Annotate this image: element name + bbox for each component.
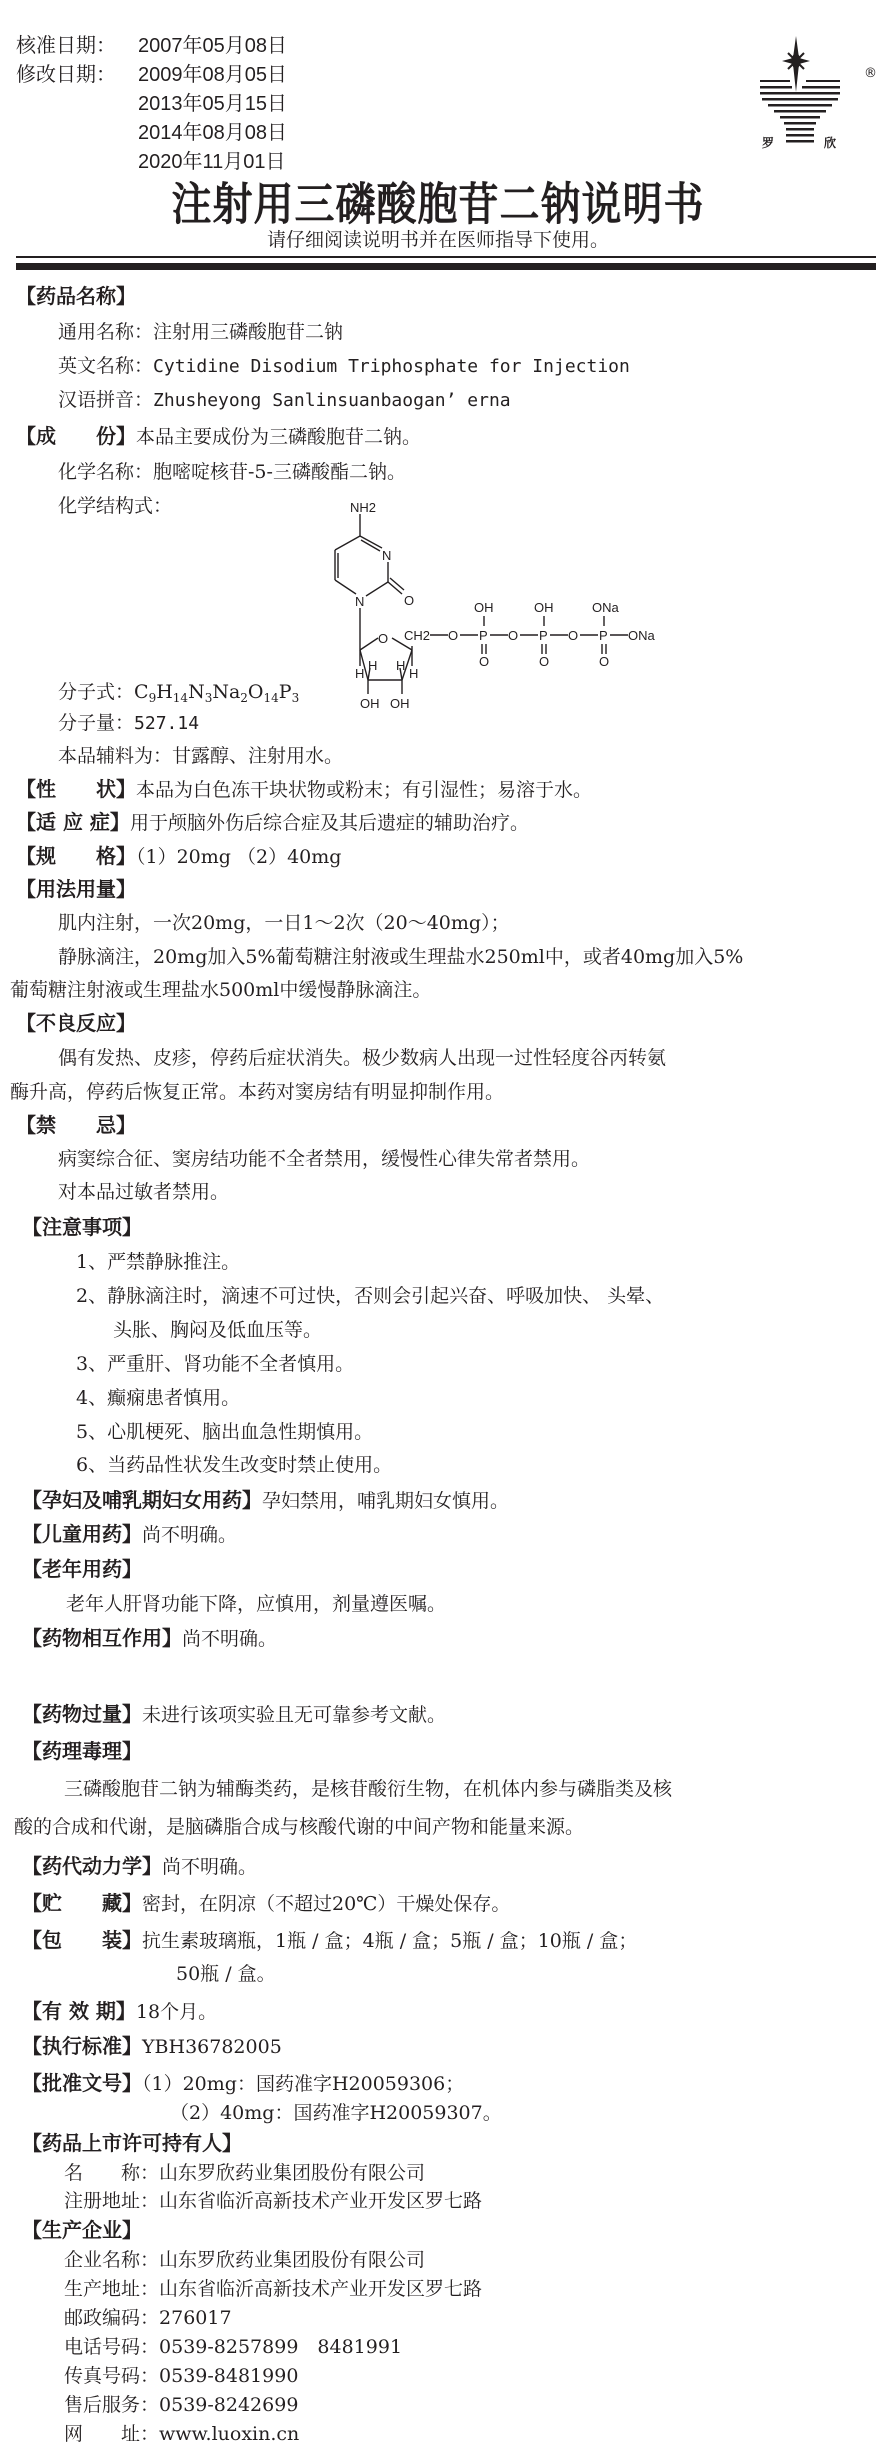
precaution-item-4: 4、癫痫患者慎用。	[76, 1386, 240, 1410]
manufacturer-row: 传真号码：0539-8481990	[64, 2364, 298, 2388]
contraindication-line-1: 病窦综合征、窦房结功能不全者禁用，缓慢性心律失常者禁用。	[58, 1147, 590, 1171]
precaution-item-5: 5、心肌梗死、脑出血急性期慎用。	[76, 1420, 373, 1444]
indications-row: 【适 应 症】用于颅脑外伤后综合症及其后遗症的辅助治疗。	[16, 810, 529, 835]
standard-row: 【执行标准】YBH36782005	[22, 2034, 282, 2059]
registered-mark: ®	[864, 66, 876, 81]
atom-oh-p2: OH	[534, 600, 554, 615]
postal-code-label: 邮政编码：	[64, 2307, 159, 2329]
chemical-name: 胞嘧啶核苷-5-三磷酸酯二钠。	[153, 461, 406, 483]
approval-number-line-2: （2）40mg：国药准字H20059307。	[170, 2101, 502, 2125]
atom-o-p2: O	[539, 654, 549, 669]
structure-label: 化学结构式：	[58, 494, 172, 518]
section-heading-interactions: 【药物相互作用】	[22, 1626, 182, 1650]
molecular-weight: 527.14	[134, 713, 199, 734]
precaution-item-2-cont: 头胀、胸闷及低血压等。	[113, 1318, 322, 1342]
section-heading-pediatric: 【儿童用药】	[22, 1522, 142, 1546]
atom-p-3: P	[599, 628, 608, 643]
revision-date-label: 修改日期：	[16, 63, 116, 87]
indications-text: 用于颅脑外伤后综合症及其后遗症的辅助治疗。	[130, 812, 529, 834]
mah-name-label: 名 称：	[64, 2162, 159, 2184]
overdose-text: 未进行该项实验且无可靠参考文献。	[142, 1704, 446, 1726]
brand-char-right: 欣	[824, 134, 836, 151]
english-name: Cytidine Disodium Triphosphate for Injec…	[153, 356, 630, 377]
manufacturer-row: 售后服务：0539-8242699	[64, 2393, 298, 2417]
chemical-name-label: 化学名称：	[58, 461, 153, 483]
strength-text: （1）20mg （2）40mg	[136, 846, 341, 868]
header-rule-thick	[16, 263, 876, 270]
atom-ona-2: ONa	[628, 628, 656, 643]
dosage-line-2: 静脉滴注，20mg加入5%葡萄糖注射液或生理盐水250ml中，或者40mg加入5…	[58, 945, 743, 969]
manufacturer-row: 邮政编码：276017	[64, 2306, 232, 2330]
atom-o-link-2: O	[508, 628, 518, 643]
section-heading-dosage: 【用法用量】	[16, 877, 136, 901]
composition-row: 【成 份】本品主要成份为三磷酸胞苷二钠。	[16, 424, 421, 449]
section-heading-shelf-life: 【有 效 期】	[22, 1999, 136, 2023]
section-heading-contraindications: 【禁 忌】	[16, 1113, 136, 1137]
strength-row: 【规 格】（1）20mg （2）40mg	[16, 844, 341, 869]
atom-h-3: H	[396, 658, 405, 673]
approval-date-label: 核准日期：	[16, 34, 116, 58]
section-heading-description: 【性 状】	[16, 777, 136, 801]
storage-row: 【贮 藏】密封，在阴凉（不超过20℃）干燥处保存。	[22, 1891, 510, 1916]
pediatric-text: 尚不明确。	[142, 1524, 237, 1546]
atom-o2: O	[404, 593, 414, 608]
excipients-text: 本品辅料为：甘露醇、注射用水。	[58, 744, 343, 768]
interactions-text: 尚不明确。	[182, 1628, 277, 1650]
postal-code: 276017	[159, 2307, 232, 2329]
approval-number-row: 【批准文号】（1）20mg：国药准字H20059306；	[22, 2071, 464, 2096]
manufacturer-row: 电话号码：0539-8257899 8481991	[64, 2335, 402, 2359]
star-v-logo-icon	[760, 36, 876, 156]
shelf-life-text: 18个月。	[136, 2001, 217, 2023]
english-name-row: 英文名称：Cytidine Disodium Triphosphate for …	[58, 354, 630, 379]
atom-p-2: P	[539, 628, 548, 643]
generic-name-row: 通用名称：注射用三磷酸胞苷二钠	[58, 320, 343, 344]
molecular-weight-row: 分子量：527.14	[58, 711, 199, 736]
section-heading-composition: 【成 份】	[16, 424, 136, 448]
chemical-name-row: 化学名称：胞嘧啶核苷-5-三磷酸酯二钠。	[58, 460, 406, 484]
generic-name-label: 通用名称：	[58, 321, 153, 343]
pharmacokinetics-text: 尚不明确。	[162, 1856, 257, 1878]
section-heading-standard: 【执行标准】	[22, 2034, 142, 2058]
precaution-item-2: 2、静脉滴注时，滴速不可过快，否则会引起兴奋、呼吸加快、 头晕、	[76, 1284, 664, 1308]
section-heading-overdose: 【药物过量】	[22, 1702, 142, 1726]
approval-number-line-1: （1）20mg：国药准字H20059306；	[142, 2073, 464, 2095]
atom-ring-o: O	[378, 631, 388, 646]
manufacturer-row: 企业名称：山东罗欣药业集团股份有限公司	[64, 2248, 425, 2272]
atom-h-1: H	[355, 666, 364, 681]
pinyin-name: Zhusheyong Sanlinsuanbaogan’ erna	[153, 390, 511, 411]
atom-o-p1: O	[479, 654, 489, 669]
atom-o-link-3: O	[568, 628, 578, 643]
packaging-line-2: 50瓶 / 盒。	[176, 1962, 276, 1986]
section-heading-indications: 【适 应 症】	[16, 810, 130, 834]
manufacturer-name: 山东罗欣药业集团股份有限公司	[159, 2249, 425, 2271]
approval-date: 2007年05月08日	[138, 34, 287, 58]
chemical-structure-diagram: NH2 N O N O CH2 O P O P O P ONa OH OH ON…	[320, 498, 680, 720]
section-heading-pharmacology: 【药理毒理】	[22, 1739, 142, 1763]
atom-n1: N	[355, 594, 364, 609]
website-link[interactable]: www.luoxin.cn	[159, 2423, 299, 2445]
pharmacology-line-2: 酸的合成和代谢，是脑磷脂合成与核酸代谢的中间产物和能量来源。	[14, 1815, 584, 1839]
atom-ch2: CH2	[404, 628, 430, 643]
atom-oh-3: OH	[390, 696, 410, 711]
molecular-formula-label: 分子式：	[58, 681, 134, 703]
atom-o-link-1: O	[448, 628, 458, 643]
dosage-line-3: 葡萄糖注射液或生理盐水500ml中缓慢静脉滴注。	[10, 978, 431, 1002]
generic-name: 注射用三磷酸胞苷二钠	[153, 321, 343, 343]
section-heading-strength: 【规 格】	[16, 844, 136, 868]
pharmacokinetics-row: 【药代动力学】尚不明确。	[22, 1854, 257, 1879]
mah-address-label: 注册地址：	[64, 2190, 159, 2212]
description-row: 【性 状】本品为白色冻干块状物或粉末；有引湿性；易溶于水。	[16, 777, 592, 802]
revision-date-4: 2020年11月01日	[138, 150, 286, 174]
pediatric-row: 【儿童用药】尚不明确。	[22, 1522, 237, 1547]
contraindication-line-2: 对本品过敏者禁用。	[58, 1180, 229, 1204]
section-heading-storage: 【贮 藏】	[22, 1891, 142, 1915]
section-heading-name: 【药品名称】	[16, 284, 136, 308]
section-heading-manufacturer: 【生产企业】	[22, 2218, 142, 2242]
phone-label: 电话号码：	[64, 2336, 159, 2358]
precaution-item-6: 6、当药品性状发生改变时禁止使用。	[76, 1453, 392, 1477]
packaging-row: 【包 装】抗生素玻璃瓶，1瓶 / 盒；4瓶 / 盒；5瓶 / 盒；10瓶 / 盒…	[22, 1928, 637, 1953]
production-address: 山东省临沂高新技术产业开发区罗七路	[159, 2278, 482, 2300]
english-name-label: 英文名称：	[58, 355, 153, 377]
interactions-row: 【药物相互作用】尚不明确。	[22, 1626, 277, 1651]
atom-h-4: H	[409, 666, 418, 681]
molecular-weight-label: 分子量：	[58, 712, 134, 734]
overdose-row: 【药物过量】未进行该项实验且无可靠参考文献。	[22, 1702, 446, 1727]
storage-text: 密封，在阴凉（不超过20℃）干燥处保存。	[142, 1893, 510, 1915]
pinyin-row: 汉语拼音：Zhusheyong Sanlinsuanbaogan’ erna	[58, 388, 511, 413]
geriatric-text: 老年人肝肾功能下降，应慎用，剂量遵医嘱。	[66, 1592, 446, 1616]
fax-label: 传真号码：	[64, 2365, 159, 2387]
section-heading-pharmacokinetics: 【药代动力学】	[22, 1854, 162, 1878]
adverse-line-2: 酶升高，停药后恢复正常。本药对窦房结有明显抑制作用。	[10, 1080, 504, 1104]
mah-address: 山东省临沂高新技术产业开发区罗七路	[159, 2190, 482, 2212]
atom-ona-1: ONa	[592, 600, 620, 615]
atom-p-1: P	[479, 628, 488, 643]
section-heading-adverse: 【不良反应】	[16, 1011, 136, 1035]
header-rule-thin	[16, 256, 876, 258]
manufacturer-row: 网 址：www.luoxin.cn	[64, 2422, 299, 2446]
dosage-line-1: 肌内注射，一次20mg，一日1～2次（20～40mg）；	[58, 911, 510, 935]
mah-name-row: 名 称：山东罗欣药业集团股份有限公司	[64, 2161, 425, 2185]
section-heading-geriatric: 【老年用药】	[22, 1557, 142, 1581]
atom-oh-p1: OH	[474, 600, 494, 615]
molecular-formula: C9H14N3Na2O14P3	[134, 681, 299, 703]
pregnancy-text: 孕妇禁用，哺乳期妇女慎用。	[262, 1490, 509, 1512]
description-text: 本品为白色冻干块状物或粉末；有引湿性；易溶于水。	[136, 779, 592, 801]
atom-h-2: H	[368, 658, 377, 673]
manufacturer-row: 生产地址：山东省临沂高新技术产业开发区罗七路	[64, 2277, 482, 2301]
section-heading-mah: 【药品上市许可持有人】	[22, 2131, 242, 2155]
packaging-line-1: 抗生素玻璃瓶，1瓶 / 盒；4瓶 / 盒；5瓶 / 盒；10瓶 / 盒；	[142, 1930, 637, 1952]
adverse-line-1: 偶有发热、皮疹，停药后症状消失。极少数病人出现一过性轻度谷丙转氨	[58, 1046, 666, 1070]
service-number: 0539-8242699	[159, 2394, 298, 2416]
revision-date-1: 2009年08月05日	[138, 63, 287, 87]
mah-name: 山东罗欣药业集团股份有限公司	[159, 2162, 425, 2184]
pregnancy-row: 【孕妇及哺乳期妇女用药】孕妇禁用，哺乳期妇女慎用。	[22, 1488, 509, 1513]
atom-oh-2: OH	[360, 696, 380, 711]
standard-text: YBH36782005	[142, 2036, 282, 2058]
revision-date-2: 2013年05月15日	[138, 92, 287, 116]
document-subtitle: 请仔细阅读说明书并在医师指导下使用。	[0, 228, 876, 252]
atom-o-p3: O	[599, 654, 609, 669]
pharmacology-line-1: 三磷酸胞苷二钠为辅酶类药，是核苷酸衍生物，在机体内参与磷脂类及核	[64, 1777, 672, 1801]
fax-number: 0539-8481990	[159, 2365, 298, 2387]
production-address-label: 生产地址：	[64, 2278, 159, 2300]
mah-address-row: 注册地址：山东省临沂高新技术产业开发区罗七路	[64, 2189, 482, 2213]
section-heading-approval-number: 【批准文号】	[22, 2071, 142, 2095]
atom-nh2: NH2	[350, 500, 376, 515]
website-label: 网 址：	[64, 2423, 159, 2445]
atom-n3: N	[382, 548, 391, 563]
revision-date-3: 2014年08月08日	[138, 121, 287, 145]
document-title: 注射用三磷酸胞苷二钠说明书	[0, 177, 876, 233]
section-heading-pregnancy: 【孕妇及哺乳期妇女用药】	[22, 1488, 262, 1512]
composition-text: 本品主要成份为三磷酸胞苷二钠。	[136, 426, 421, 448]
pinyin-label: 汉语拼音：	[58, 389, 153, 411]
precaution-item-1: 1、严禁静脉推注。	[76, 1250, 240, 1274]
molecular-formula-row: 分子式：C9H14N3Na2O14P3	[58, 680, 299, 710]
precaution-item-3: 3、严重肝、肾功能不全者慎用。	[76, 1352, 354, 1376]
section-heading-precautions: 【注意事项】	[22, 1215, 142, 1239]
brand-char-left: 罗	[762, 134, 774, 151]
service-label: 售后服务：	[64, 2394, 159, 2416]
shelf-life-row: 【有 效 期】18个月。	[22, 1999, 217, 2024]
luoxin-logo: ® 罗 欣	[760, 36, 876, 156]
manufacturer-name-label: 企业名称：	[64, 2249, 159, 2271]
section-heading-packaging: 【包 装】	[22, 1928, 142, 1952]
phone-number: 0539-8257899 8481991	[159, 2336, 402, 2358]
